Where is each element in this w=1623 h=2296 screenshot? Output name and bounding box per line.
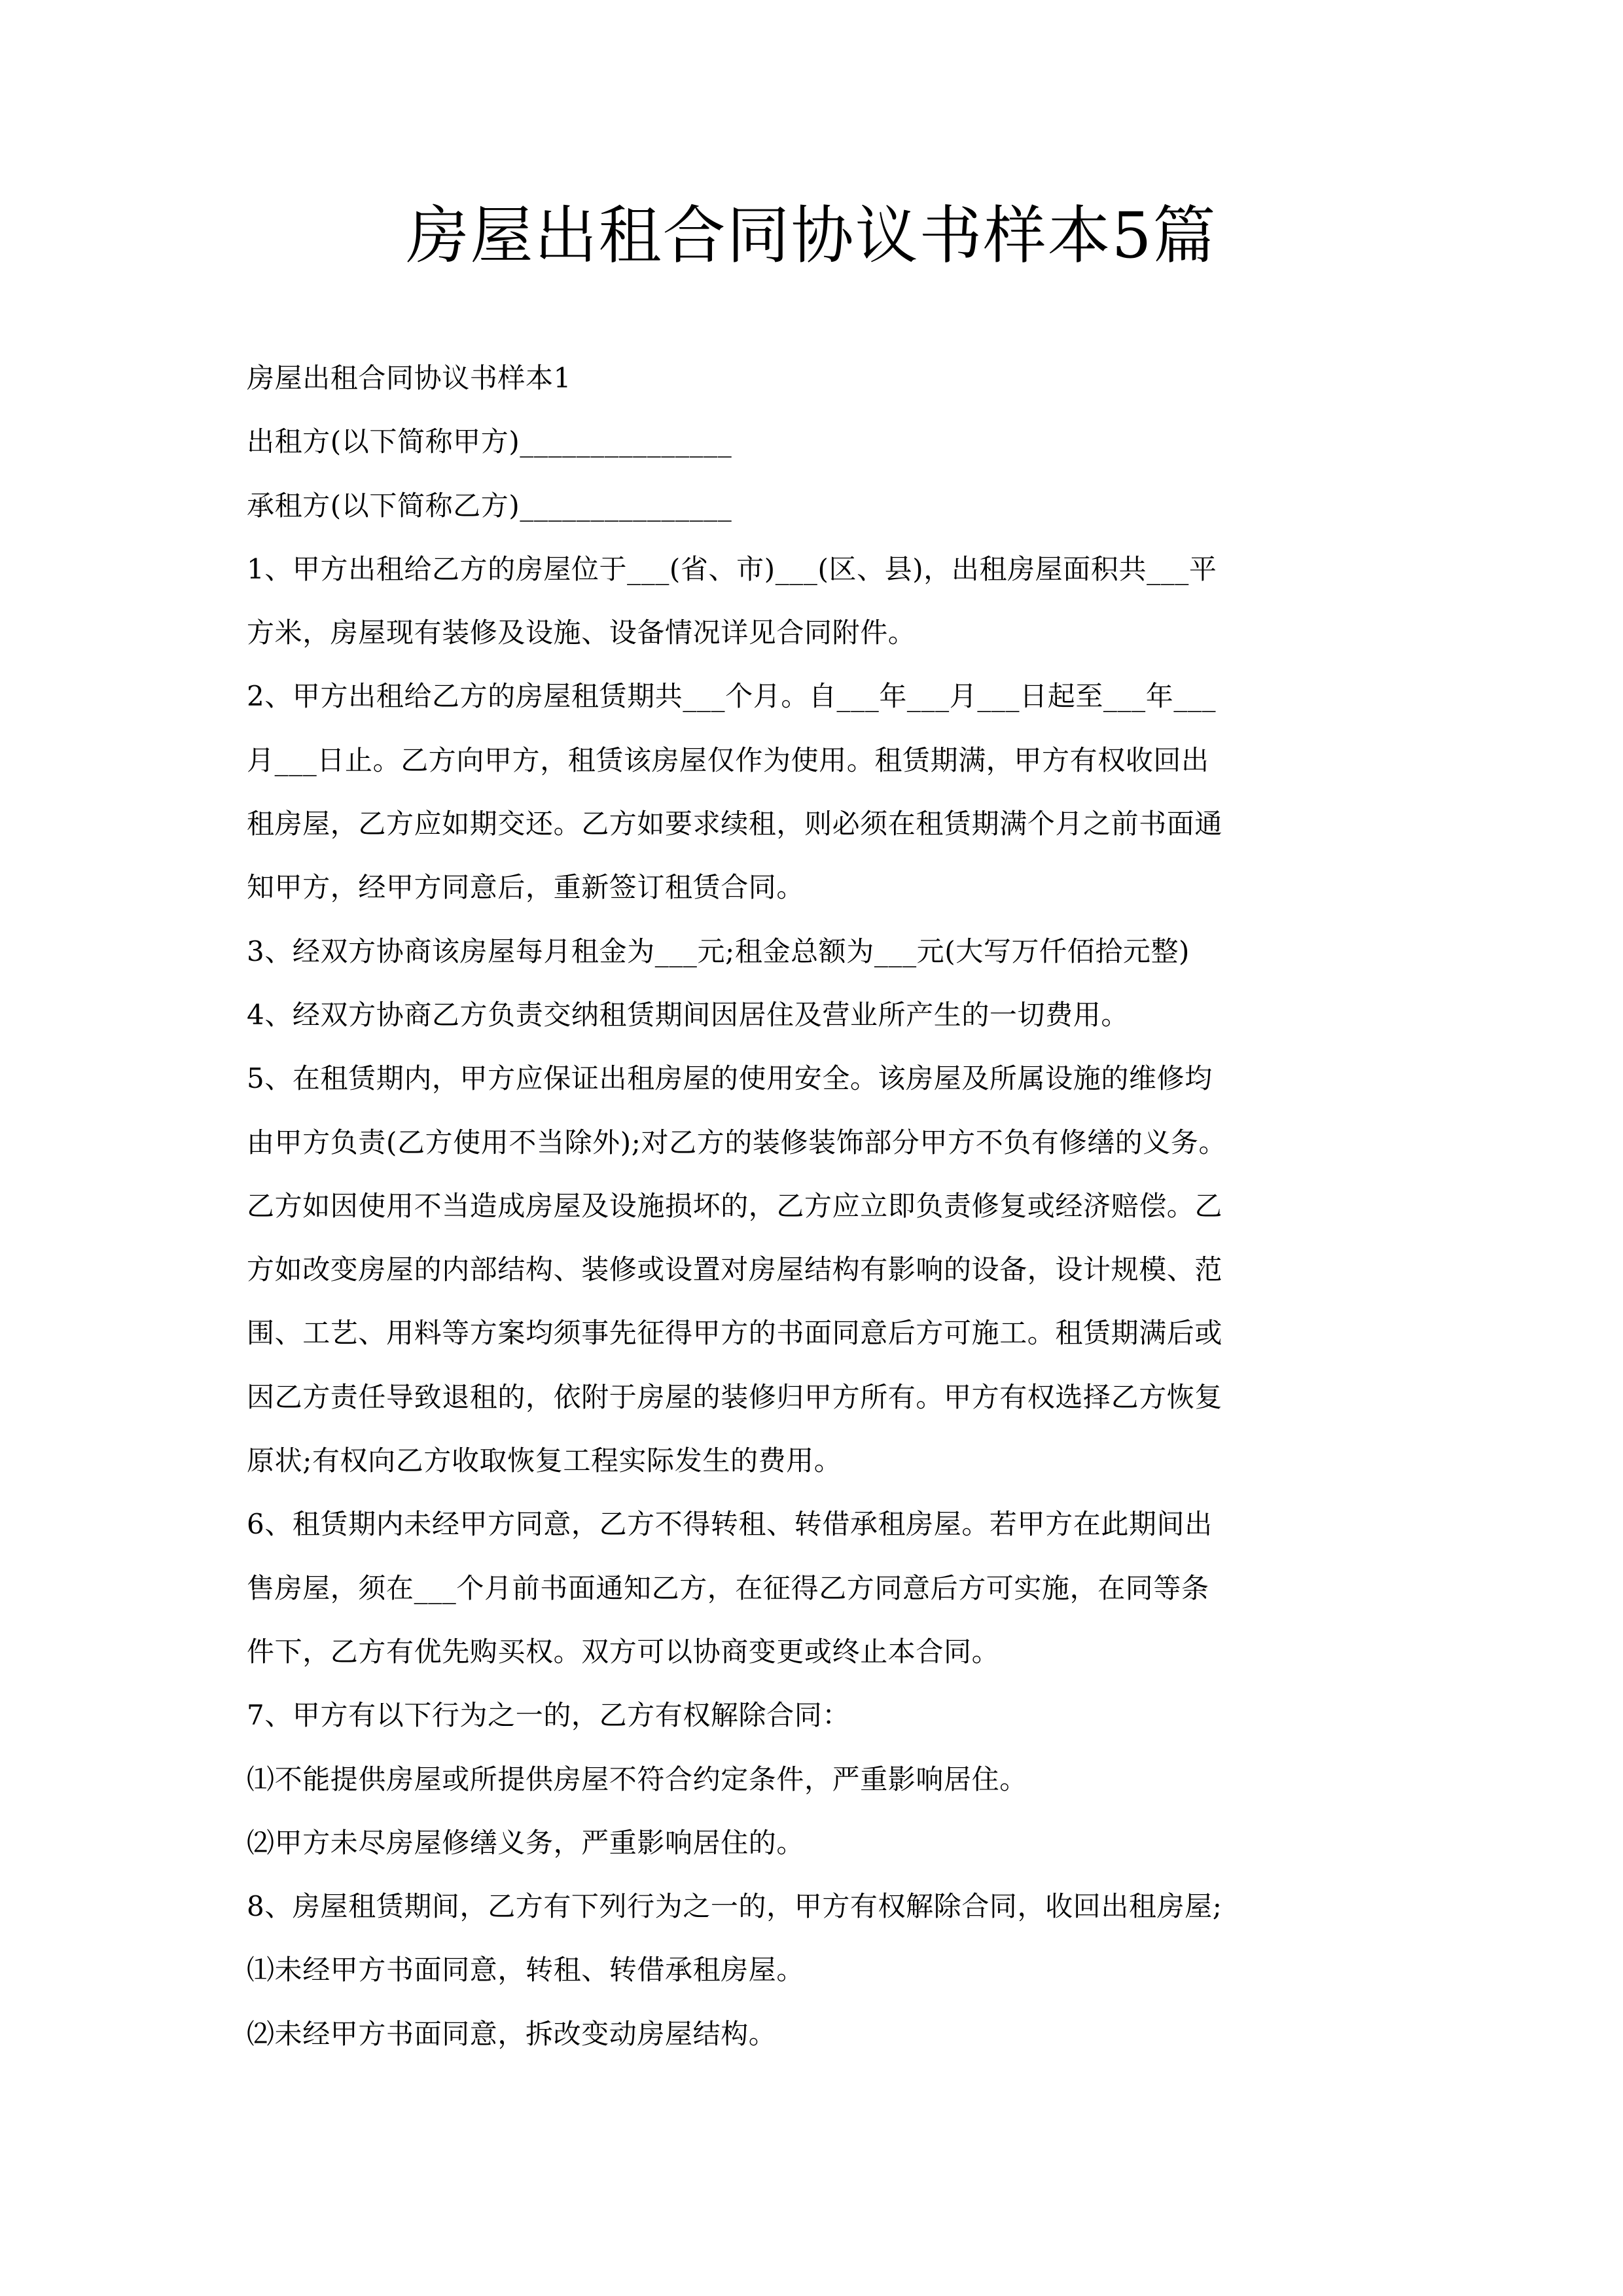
lessor-line: 出租方(以下简称甲方)_______________ xyxy=(247,422,1399,486)
clause-8: 8、房屋租赁期间，乙方有下列行为之一的，甲方有权解除合同，收回出租房屋; xyxy=(247,1887,1399,1950)
clause-6-line-1: 6、租赁期内未经甲方同意，乙方不得转租、转借承租房屋。若甲方在此期间出 xyxy=(247,1505,1399,1568)
clause-1-line-2: 方米，房屋现有装修及设施、设备情况详见合同附件。 xyxy=(247,613,1399,677)
clause-6-line-3: 件下，乙方有优先购买权。双方可以协商变更或终止本合同。 xyxy=(247,1632,1399,1696)
clause-2-line-3: 租房屋，乙方应如期交还。乙方如要求续租，则必须在租赁期满个月之前书面通 xyxy=(247,804,1399,868)
sample-heading: 房屋出租合同协议书样本1 xyxy=(247,359,1399,422)
clause-8-item-2: ⑵未经甲方书面同意，拆改变动房屋结构。 xyxy=(247,2015,1399,2078)
clause-8-item-1: ⑴未经甲方书面同意，转租、转借承租房屋。 xyxy=(247,1950,1399,2014)
lessee-line: 承租方(以下简称乙方)_______________ xyxy=(247,486,1399,550)
clause-7-item-2: ⑵甲方未尽房屋修缮义务，严重影响居住的。 xyxy=(247,1823,1399,1887)
document-title: 房屋出租合同协议书样本5篇 xyxy=(0,196,1623,275)
clause-5-line-3: 乙方如因使用不当造成房屋及设施损坏的，乙方应立即负责修复或经济赔偿。乙 xyxy=(247,1187,1399,1250)
clause-4: 4、经双方协商乙方负责交纳租赁期间因居住及营业所产生的一切费用。 xyxy=(247,996,1399,1059)
clause-5-line-4: 方如改变房屋的内部结构、装修或设置对房屋结构有影响的设备，设计规模、范 xyxy=(247,1250,1399,1314)
clause-3: 3、经双方协商该房屋每月租金为___元;租金总额为___元(大写万仟佰拾元整) xyxy=(247,932,1399,996)
clause-7: 7、甲方有以下行为之一的，乙方有权解除合同： xyxy=(247,1696,1399,1759)
clause-2-line-1: 2、甲方出租给乙方的房屋租赁期共___个月。自___年___月___日起至___… xyxy=(247,677,1399,740)
clause-5-line-5: 围、工艺、用料等方案均须事先征得甲方的书面同意后方可施工。租赁期满后或 xyxy=(247,1314,1399,1377)
clause-5-line-6: 因乙方责任导致退租的，依附于房屋的装修归甲方所有。甲方有权选择乙方恢复 xyxy=(247,1378,1399,1441)
document-page: 房屋出租合同协议书样本5篇 房屋出租合同协议书样本1 出租方(以下简称甲方)__… xyxy=(0,0,1623,2296)
clause-1-line-1: 1、甲方出租给乙方的房屋位于___(省、市)___(区、县)，出租房屋面积共__… xyxy=(247,550,1399,613)
clause-5-line-1: 5、在租赁期内，甲方应保证出租房屋的使用安全。该房屋及所属设施的维修均 xyxy=(247,1059,1399,1122)
clause-7-item-1: ⑴不能提供房屋或所提供房屋不符合约定条件，严重影响居住。 xyxy=(247,1760,1399,1823)
clause-2-line-4: 知甲方，经甲方同意后，重新签订租赁合同。 xyxy=(247,868,1399,931)
clause-5-line-7: 原状;有权向乙方收取恢复工程实际发生的费用。 xyxy=(247,1441,1399,1505)
clause-5-line-2: 由甲方负责(乙方使用不当除外);对乙方的装修装饰部分甲方不负有修缮的义务。 xyxy=(247,1123,1399,1187)
clause-6-line-2: 售房屋，须在___个月前书面通知乙方，在征得乙方同意后方可实施，在同等条 xyxy=(247,1569,1399,1632)
clause-2-line-2: 月___日止。乙方向甲方，租赁该房屋仅作为使用。租赁期满，甲方有权收回出 xyxy=(247,741,1399,804)
document-body: 房屋出租合同协议书样本1 出租方(以下简称甲方)_______________ … xyxy=(247,359,1399,2078)
